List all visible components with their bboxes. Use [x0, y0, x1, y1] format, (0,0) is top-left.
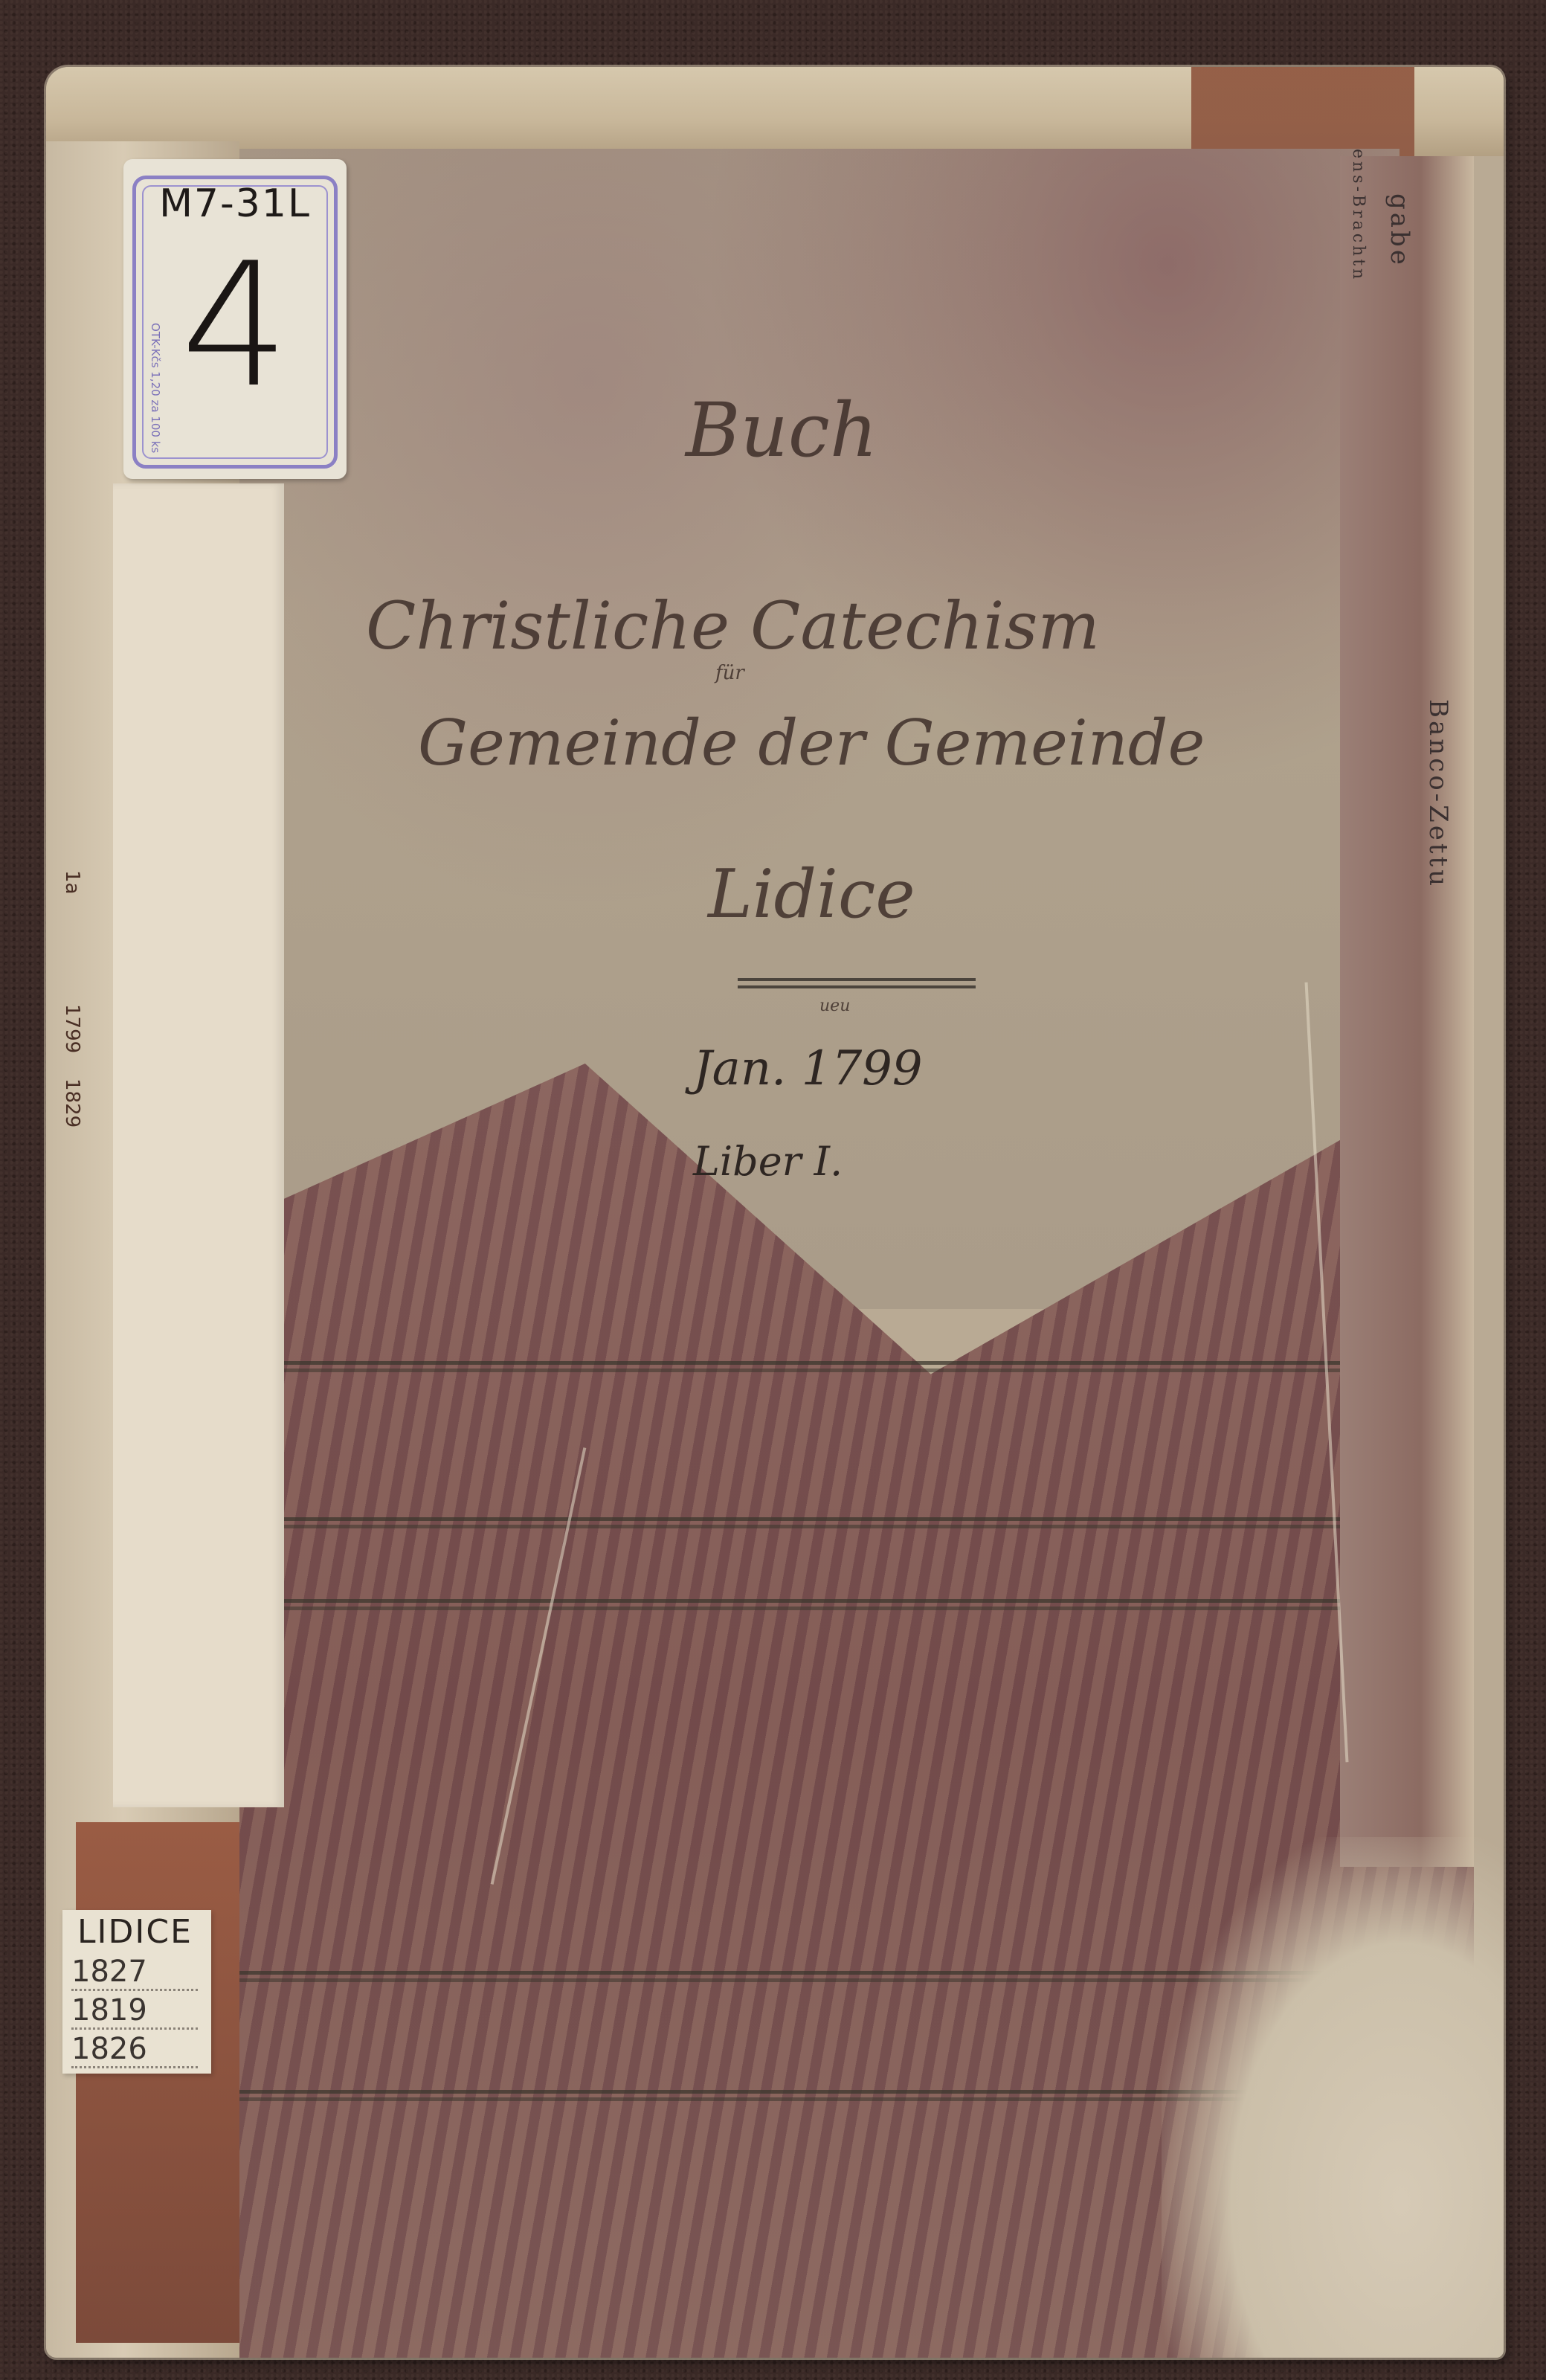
spine-note: 1a: [61, 870, 83, 894]
register-volume: Liber I.: [693, 1138, 843, 1185]
title-line: für: [715, 662, 744, 684]
title-line: Christliche Catechism: [366, 588, 1100, 664]
spine-label-place: LIDICE: [77, 1913, 193, 1951]
spine-label-year: 1826: [71, 2032, 198, 2068]
spine-paper-strip: [113, 483, 284, 1807]
printed-edge-text: Banco-Zettu: [1423, 699, 1453, 889]
spine-label-year: 1819: [71, 1993, 198, 2030]
title-sub: ueu: [819, 997, 850, 1015]
spine-rust: [76, 1822, 239, 2343]
title-line: Lidice: [708, 855, 915, 933]
catalog-code: M7-31L: [123, 181, 347, 226]
worn-corner: [1162, 1837, 1504, 2358]
printed-rule: [239, 1599, 1474, 1603]
register-date: Jan. 1799: [693, 1041, 923, 1096]
printed-edge-text: ens-Brachtn: [1349, 149, 1368, 282]
printed-edge-text: gabe: [1385, 193, 1414, 268]
title-line: Gemeinde der Gemeinde: [418, 707, 1205, 779]
spine-label: LIDICE 1827 1819 1826: [62, 1910, 211, 2074]
catalog-label: M7-31L 4 OTK-Kčs 1,20 za 100 ks: [123, 159, 347, 479]
right-edge-strip: [1340, 156, 1474, 1867]
title-line: Buch: [686, 387, 877, 474]
spine-note: 1829: [61, 1078, 83, 1128]
printed-rule: [239, 1361, 1474, 1365]
title-underline: [738, 978, 976, 981]
spine-note: 1799: [61, 1004, 83, 1053]
label-printed-text: OTK-Kčs 1,20 za 100 ks: [149, 323, 162, 453]
spine-label-year: 1827: [71, 1955, 198, 1991]
printed-rule: [239, 1517, 1474, 1521]
